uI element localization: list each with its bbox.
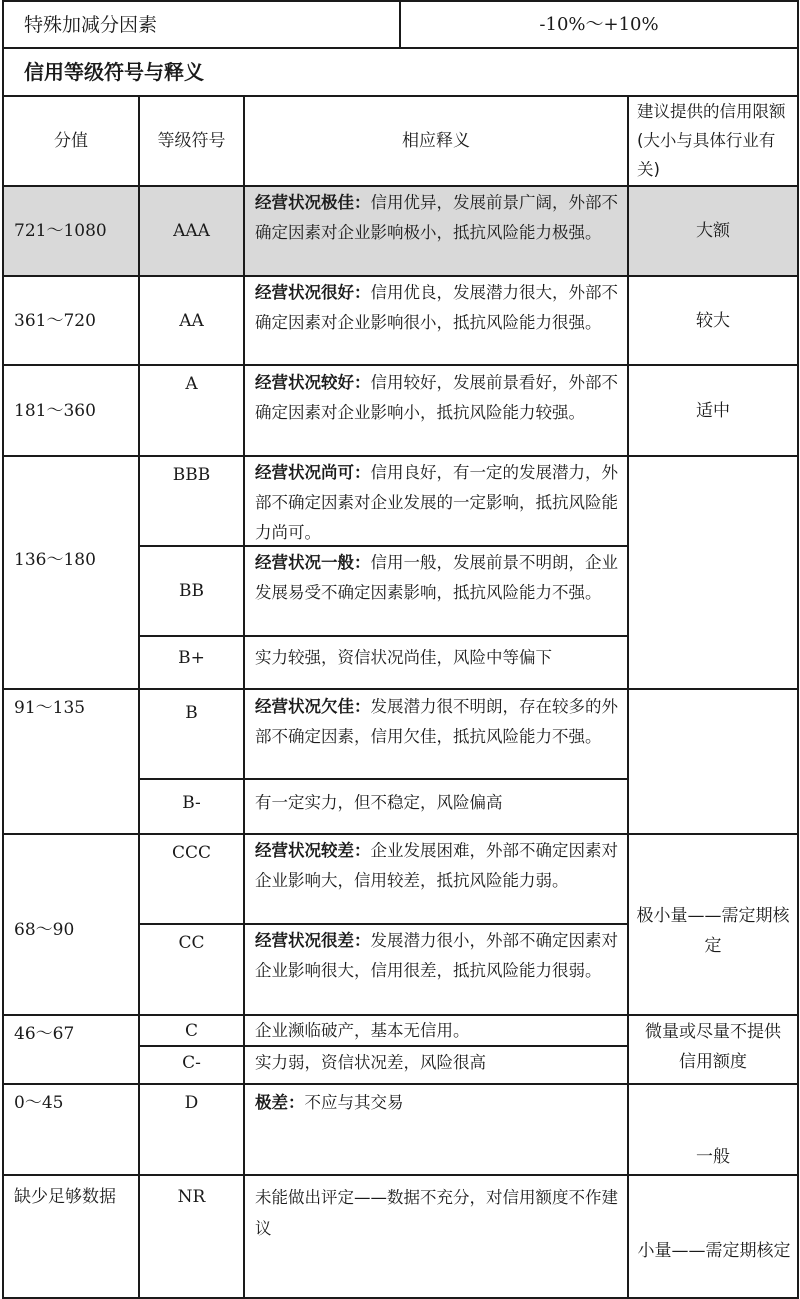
section-title: 信用等级符号与释义 <box>4 57 204 87</box>
header-score-label: 分值 <box>54 126 88 156</box>
special-factor-label: 特殊加减分因素 <box>14 10 157 40</box>
limit-cell-2: 适中 <box>627 364 799 457</box>
score-cell-3: 136～180 <box>2 455 140 690</box>
limit-value: 小量——需定期核定 <box>638 1241 791 1261</box>
grade-symbol: AA <box>179 306 204 336</box>
score-value: 181～360 <box>14 396 96 426</box>
score-value: 0～45 <box>14 1093 63 1113</box>
grade-cell-NR: NR <box>138 1174 245 1299</box>
score-cell-7: 0～45 <box>2 1083 140 1176</box>
special-factor-value-cell: -10%～+10% <box>399 0 799 49</box>
meaning-text: 未能做出评定——数据不充分，对信用额度不作建议 <box>255 1188 618 1238</box>
limit-value: 大额 <box>696 216 730 246</box>
score-cell-1: 361～720 <box>2 275 140 366</box>
score-cell-2: 181～360 <box>2 364 140 457</box>
limit-value: 适中 <box>696 396 730 426</box>
grade-cell-AA: AA <box>138 275 245 366</box>
limit-value: 微量或尽量不提供信用额度 <box>645 1022 781 1072</box>
meaning-cell-BB: 经营状况一般：信用一般，发展前景不明朗，企业发展易受不确定因素影响，抵抗风险能力… <box>243 545 629 637</box>
grade-cell-Bplus: B+ <box>138 635 245 690</box>
score-cell-5: 68～90 <box>2 833 140 1016</box>
meaning-lead: 经营状况很好： <box>255 283 371 302</box>
meaning-lead: 经营状况极佳： <box>255 193 371 212</box>
grade-cell-Bminus: B- <box>138 778 245 835</box>
grade-cell-Cminus: C- <box>138 1045 245 1085</box>
meaning-cell-BBB: 经营状况尚可：信用良好，有一定的发展潜力，外部不确定因素对企业发展的一定影响，抵… <box>243 455 629 547</box>
score-value: 361～720 <box>14 306 96 336</box>
grade-symbol: NR <box>178 1187 206 1207</box>
grade-cell-B: B <box>138 688 245 780</box>
grade-cell-BBB: BBB <box>138 455 245 547</box>
section-title-cell: 信用等级符号与释义 <box>2 47 799 97</box>
meaning-cell-A: 经营状况较好：信用较好，发展前景看好，外部不确定因素对企业影响小，抵抗风险能力较… <box>243 364 629 457</box>
grade-symbol: CC <box>178 933 204 953</box>
meaning-lead: 极差： <box>255 1093 305 1112</box>
meaning-text: 企业濒临破产，基本无信用。 <box>255 1016 470 1046</box>
grade-symbol: C <box>185 1016 198 1046</box>
score-cell-6: 46～67 <box>2 1014 140 1085</box>
score-value: 68～90 <box>14 915 74 945</box>
meaning-cell-C: 企业濒临破产，基本无信用。 <box>243 1014 629 1047</box>
meaning-cell-D: 极差：不应与其交易 <box>243 1083 629 1176</box>
limit-cell-5: 极小量——需定期核定 <box>627 833 799 1016</box>
limit-cell-7: 一般 <box>627 1083 799 1176</box>
meaning-lead: 经营状况很差： <box>255 931 371 950</box>
grade-symbol: A <box>185 374 197 394</box>
header-grade: 等级符号 <box>138 95 245 187</box>
header-meaning: 相应释义 <box>243 95 629 187</box>
score-value: 721～1080 <box>14 216 107 246</box>
score-value: 缺少足够数据 <box>14 1187 116 1207</box>
limit-cell-0: 大额 <box>627 185 799 277</box>
header-score: 分值 <box>2 95 140 187</box>
grade-symbol: D <box>185 1093 199 1113</box>
grade-symbol: AAA <box>173 216 210 246</box>
limit-value: 较大 <box>696 306 730 336</box>
meaning-cell-AAA: 经营状况极佳：信用优异，发展前景广阔，外部不确定因素对企业影响极小，抵抗风险能力… <box>243 185 629 277</box>
limit-cell-1: 较大 <box>627 275 799 366</box>
grade-cell-BB: BB <box>138 545 245 637</box>
grade-symbol: CCC <box>172 843 211 863</box>
grade-cell-AAA: AAA <box>138 185 245 277</box>
grade-symbol: BBB <box>173 465 210 485</box>
grade-symbol: B+ <box>178 648 205 668</box>
score-cell-4: 91～135 <box>2 688 140 835</box>
meaning-text: 实力较强，资信状况尚佳，风险中等偏下 <box>255 648 552 667</box>
meaning-lead: 经营状况一般： <box>255 553 371 572</box>
meaning-text: 有一定实力，但不稳定，风险偏高 <box>255 793 503 812</box>
grade-cell-D: D <box>138 1083 245 1176</box>
grade-symbol: BB <box>179 576 204 606</box>
meaning-text: 不应与其交易 <box>305 1093 404 1112</box>
meaning-cell-AA: 经营状况很好：信用优良，发展潜力很大，外部不确定因素对企业影响很小，抵抗风险能力… <box>243 275 629 366</box>
meaning-cell-Bplus: 实力较强，资信状况尚佳，风险中等偏下 <box>243 635 629 690</box>
meaning-lead: 经营状况较好： <box>255 373 371 392</box>
limit-cell-8: 小量——需定期核定 <box>627 1174 799 1299</box>
header-grade-label: 等级符号 <box>158 126 226 156</box>
grade-cell-C: C <box>138 1014 245 1047</box>
meaning-lead: 经营状况欠佳： <box>255 697 371 716</box>
meaning-cell-B: 经营状况欠佳：发展潜力很不明朗，存在较多的外部不确定因素，信用欠佳，抵抗风险能力… <box>243 688 629 780</box>
meaning-cell-NR: 未能做出评定——数据不充分，对信用额度不作建议 <box>243 1174 629 1299</box>
limit-cell-6: 微量或尽量不提供信用额度 <box>627 1014 799 1085</box>
grade-symbol: C- <box>182 1053 201 1073</box>
limit-cell-4 <box>627 688 799 835</box>
score-value: 46～67 <box>14 1024 74 1044</box>
header-meaning-label: 相应释义 <box>402 126 470 156</box>
grade-cell-CCC: CCC <box>138 833 245 925</box>
meaning-lead: 经营状况较差： <box>255 841 371 860</box>
header-limit-label: 建议提供的信用限额(大小与具体行业有关) <box>637 102 786 179</box>
grade-symbol: B <box>185 703 198 723</box>
grade-symbol: B- <box>182 793 201 813</box>
meaning-cell-Bminus: 有一定实力，但不稳定，风险偏高 <box>243 778 629 835</box>
meaning-cell-Cminus: 实力弱，资信状况差，风险很高 <box>243 1045 629 1085</box>
grade-cell-CC: CC <box>138 923 245 1016</box>
limit-value: 一般 <box>696 1147 730 1167</box>
meaning-text: 实力弱，资信状况差，风险很高 <box>255 1053 486 1072</box>
meaning-lead: 经营状况尚可： <box>255 463 371 482</box>
grade-cell-A: A <box>138 364 245 457</box>
header-limit: 建议提供的信用限额(大小与具体行业有关) <box>627 95 799 187</box>
score-cell-8: 缺少足够数据 <box>2 1174 140 1299</box>
limit-value: 极小量——需定期核定 <box>635 901 791 961</box>
limit-cell-3 <box>627 455 799 690</box>
score-cell-0: 721～1080 <box>2 185 140 277</box>
meaning-cell-CCC: 经营状况较差：企业发展困难，外部不确定因素对企业影响大，信用较差，抵抗风险能力弱… <box>243 833 629 925</box>
meaning-cell-CC: 经营状况很差：发展潜力很小，外部不确定因素对企业影响很大，信用很差，抵抗风险能力… <box>243 923 629 1016</box>
special-factor-label-cell: 特殊加减分因素 <box>2 0 401 49</box>
score-value: 136～180 <box>14 545 96 575</box>
special-factor-value: -10%～+10% <box>539 10 658 40</box>
score-value: 91～135 <box>14 698 85 718</box>
